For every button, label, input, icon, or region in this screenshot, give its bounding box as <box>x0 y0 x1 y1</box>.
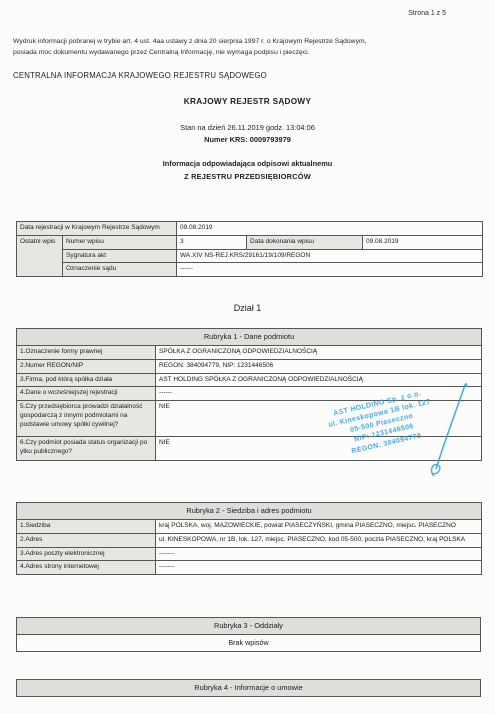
row-value: NIE <box>156 401 482 437</box>
section-1-title: Dział 1 <box>0 303 495 313</box>
row-label: 5.Czy przedsiębiorca prowadzi działalnoś… <box>17 401 156 437</box>
registry-title: KRAJOWY REJESTR SĄDOWY <box>0 97 495 106</box>
row-value: SPÓŁKA Z OGRANICZONĄ ODPOWIEDZIALNOŚCIĄ <box>156 345 482 359</box>
rubryka3-title: Rubryka 3 - Oddziały <box>17 618 481 635</box>
rubryka2-title: Rubryka 2 - Siedziba i adres podmiotu <box>17 503 482 520</box>
page-number: Strona 1 z 5 <box>408 10 446 17</box>
court-label: Oznaczenie sądu <box>63 263 177 277</box>
central-information-heading: CENTRALNA INFORMACJA KRAJOWEGO REJESTRU … <box>13 71 267 80</box>
table-row: 2.Adres ul. KINESKOPOWA, nr 1B, lok. 127… <box>17 533 482 547</box>
info-line2: Z REJESTRU PRZEDSIĘBIORCÓW <box>0 172 495 181</box>
table-row: 2.Numer REGON/NIP REGON: 384094779, NIP:… <box>17 359 482 373</box>
row-label: 1.Oznaczenie formy prawnej <box>17 345 156 359</box>
row-label: 2.Numer REGON/NIP <box>17 359 156 373</box>
table-row: 4.Adres strony internetowej ------- <box>17 561 482 575</box>
rubryka1-table: Rubryka 1 - Dane podmiotu 1.Oznaczenie f… <box>16 328 482 461</box>
signature-value: WA.XIV NS-REJ.KRS/29161/19/109/REGON <box>177 249 483 263</box>
row-value: ul. KINESKOPOWA, nr 1B, lok. 127, miejsc… <box>156 533 482 547</box>
krs-number: Numer KRS: 0009793979 <box>0 135 495 144</box>
table-row: Rubryka 1 - Dane podmiotu <box>17 329 482 346</box>
row-label: 4.Adres strony internetowej <box>17 561 156 575</box>
table-row: Data rejestracji w Krajowym Rejestrze Są… <box>17 222 483 236</box>
row-label: 3.Adres poczty elektronicznej <box>17 547 156 561</box>
as-of-date: Stan na dzień 26.11.2019 godz. 13:04:06 <box>0 123 495 132</box>
row-label: 3.Firma, pod którą spółka działa <box>17 373 156 387</box>
row-label: 2.Adres <box>17 533 156 547</box>
row-value: AST HOLDING SPÓŁKA Z OGRANICZONĄ ODPOWIE… <box>156 373 482 387</box>
registration-date-label: Data rejestracji w Krajowym Rejestrze Są… <box>17 222 177 236</box>
table-row: 1.Oznaczenie formy prawnej SPÓŁKA Z OGRA… <box>17 345 482 359</box>
krs-document-page: Strona 1 z 5 Wydruk informacji pobranej … <box>0 0 495 714</box>
registration-date-value: 09.08.2019 <box>177 222 483 236</box>
table-row: 4.Dane o wcześniejszej rejestracji -----… <box>17 387 482 401</box>
table-row: 5.Czy przedsiębiorca prowadzi działalnoś… <box>17 401 482 437</box>
entry-date-value: 09.08.2019 <box>363 235 483 249</box>
rubryka3-empty: Brak wpisów <box>17 634 481 651</box>
table-row: Brak wpisów <box>17 634 481 651</box>
row-label: 1.Siedziba <box>17 519 156 533</box>
row-label: 4.Dane o wcześniejszej rejestracji <box>17 387 156 401</box>
table-row: Ostatni wpis Numer wpisu 3 Data dokonani… <box>17 235 483 249</box>
court-value: ------ <box>177 263 483 277</box>
rubryka2-table: Rubryka 2 - Siedziba i adres podmiotu 1.… <box>16 502 482 575</box>
disclaimer-text: Wydruk informacji pobranej w trybie art.… <box>13 37 403 59</box>
table-row: Rubryka 2 - Siedziba i adres podmiotu <box>17 503 482 520</box>
rubryka4-title: Rubryka 4 - Informacje o umowie <box>17 680 481 697</box>
disclaimer-line2: posiada moc dokumentu wydawanego przez C… <box>13 49 310 56</box>
disclaimer-line1: Wydruk informacji pobranej w trybie art.… <box>13 38 367 45</box>
row-value: ------ <box>156 387 482 401</box>
last-entry-label: Ostatni wpis <box>17 235 63 276</box>
row-value: ------- <box>156 547 482 561</box>
rubryka1-title: Rubryka 1 - Dane podmiotu <box>17 329 482 346</box>
registration-table: Data rejestracji w Krajowym Rejestrze Są… <box>16 221 483 277</box>
row-value: REGON: 384094779, NIP: 1231446506 <box>156 359 482 373</box>
table-row: Oznaczenie sądu ------ <box>17 263 483 277</box>
rubryka3-table: Rubryka 3 - Oddziały Brak wpisów <box>16 617 481 652</box>
entry-number-value: 3 <box>177 235 247 249</box>
entry-number-label: Numer wpisu <box>63 235 177 249</box>
row-value: ------- <box>156 561 482 575</box>
table-row: 3.Firma, pod którą spółka działa AST HOL… <box>17 373 482 387</box>
table-row: Sygnatura akt WA.XIV NS-REJ.KRS/29161/19… <box>17 249 483 263</box>
table-row: 1.Siedziba kraj POLSKA, woj. MAZOWIECKIE… <box>17 519 482 533</box>
info-line1: Informacja odpowiadająca odpisowi aktual… <box>0 159 495 168</box>
signature-label: Sygnatura akt <box>63 249 177 263</box>
row-label: 6.Czy podmiot posiada status organizacji… <box>17 437 156 461</box>
row-value: NIE <box>156 437 482 461</box>
table-row: Rubryka 4 - Informacje o umowie <box>17 680 481 697</box>
table-row: 6.Czy podmiot posiada status organizacji… <box>17 437 482 461</box>
row-value: kraj POLSKA, woj. MAZOWIECKIE, powiat PI… <box>156 519 482 533</box>
table-row: Rubryka 3 - Oddziały <box>17 618 481 635</box>
entry-date-label: Data dokonania wpisu <box>247 235 363 249</box>
table-row: 3.Adres poczty elektronicznej ------- <box>17 547 482 561</box>
rubryka4-table: Rubryka 4 - Informacje o umowie <box>16 679 481 697</box>
